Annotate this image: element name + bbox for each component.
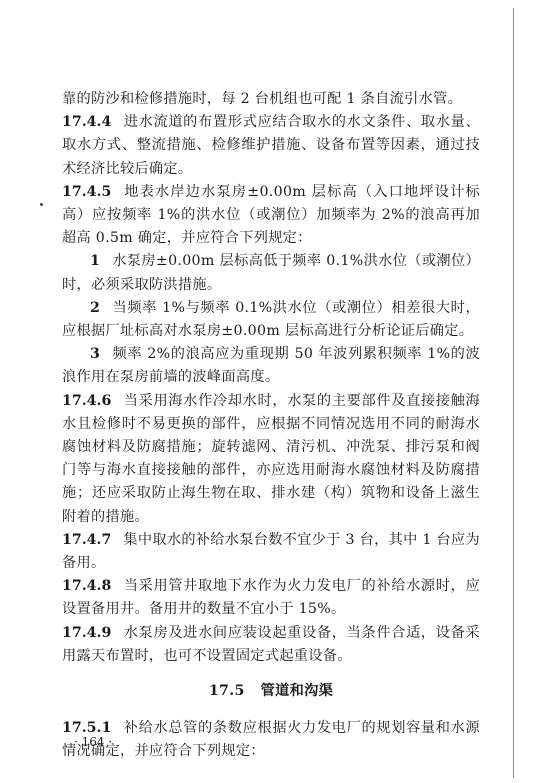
clause-17-4-5: 17.4.5地表水岸边水泵房±0.00m 层标高（入口地坪设计标高）应按频率 1… [62, 181, 480, 251]
clause-text: 地表水岸边水泵房±0.00m 层标高（入口地坪设计标高）应按频率 1%的洪水位（… [62, 184, 480, 246]
scan-speck [40, 203, 43, 206]
clause-number: 17.4.4 [62, 114, 111, 130]
clause-17-4-7: 17.4.7集中取水的补给水泵台数不宜少于 3 台，其中 1 台应为备用。 [62, 529, 480, 575]
clause-number: 17.5.1 [62, 720, 111, 736]
clause-number: 17.4.9 [62, 625, 111, 641]
item-text: 频率 2%的浪高应为重现期 50 年波列累积频率 1%的波浪作用在泵房前墙的波峰… [62, 346, 480, 385]
item-text: 当频率 1%与频率 0.1%洪水位（或潮位）相差很大时，应根据厂址标高对水泵房±… [62, 300, 480, 339]
clause-number: 17.4.6 [62, 393, 111, 409]
clause-text: 水泵房及进水间应装设起重设备，当条件合适，设备采用露天布置时，也可不设置固定式起… [62, 625, 480, 664]
item-number: 3 [90, 346, 100, 362]
clause-17-4-4: 17.4.4进水流道的布置形式应结合取水的水文条件、取水量、取水方式、整流措施、… [62, 111, 480, 181]
scan-edge-line [513, 8, 514, 778]
clause-number: 17.4.8 [62, 578, 111, 594]
item-number: 1 [90, 253, 100, 269]
clause-number: 17.4.5 [62, 184, 111, 200]
page-number: · 164 · [74, 735, 112, 749]
clause-text: 集中取水的补给水泵台数不宜少于 3 台，其中 1 台应为备用。 [62, 532, 480, 571]
item-number: 2 [90, 300, 100, 316]
clause-text: 当采用海水作冷却水时，水泵的主要部件及直接接触海水且检修时不易更换的部件，应根据… [62, 393, 480, 525]
clause-17-4-6: 17.4.6当采用海水作冷却水时，水泵的主要部件及直接接触海水且检修时不易更换的… [62, 390, 480, 529]
list-item: 3频率 2%的浪高应为重现期 50 年波列累积频率 1%的波浪作用在泵房前墙的波… [62, 343, 480, 389]
clause-17-4-9: 17.4.9水泵房及进水间应装设起重设备，当条件合适，设备采用露天布置时，也可不… [62, 622, 480, 668]
section-heading: 17.5管道和沟渠 [62, 680, 480, 703]
list-item: 1水泵房±0.00m 层标高低于频率 0.1%洪水位（或潮位）时，必须采取防洪措… [62, 250, 480, 296]
clause-17-5-1: 17.5.1补给水总管的条数应根据火力发电厂的规划容量和水源情况确定，并应符合下… [62, 717, 480, 763]
document-page: 靠的防沙和检修措施时，每 2 台机组也可配 1 条自流引水管。 17.4.4进水… [62, 88, 480, 764]
clause-text: 当采用管井取地下水作为火力发电厂的补给水源时，应设置备用井。备用井的数量不宜小于… [62, 578, 480, 617]
paragraph-continuation: 靠的防沙和检修措施时，每 2 台机组也可配 1 条自流引水管。 [62, 88, 480, 111]
clause-number: 17.4.7 [62, 532, 111, 548]
clause-17-4-8: 17.4.8当采用管井取地下水作为火力发电厂的补给水源时，应设置备用井。备用井的… [62, 575, 480, 621]
clause-text: 补给水总管的条数应根据火力发电厂的规划容量和水源情况确定，并应符合下列规定： [62, 720, 480, 759]
clause-text: 进水流道的布置形式应结合取水的水文条件、取水量、取水方式、整流措施、检修维护措施… [62, 114, 480, 176]
item-text: 水泵房±0.00m 层标高低于频率 0.1%洪水位（或潮位）时，必须采取防洪措施… [62, 253, 480, 292]
list-item: 2当频率 1%与频率 0.1%洪水位（或潮位）相差很大时，应根据厂址标高对水泵房… [62, 297, 480, 343]
section-number: 17.5 [209, 683, 245, 699]
section-title: 管道和沟渠 [261, 683, 333, 699]
